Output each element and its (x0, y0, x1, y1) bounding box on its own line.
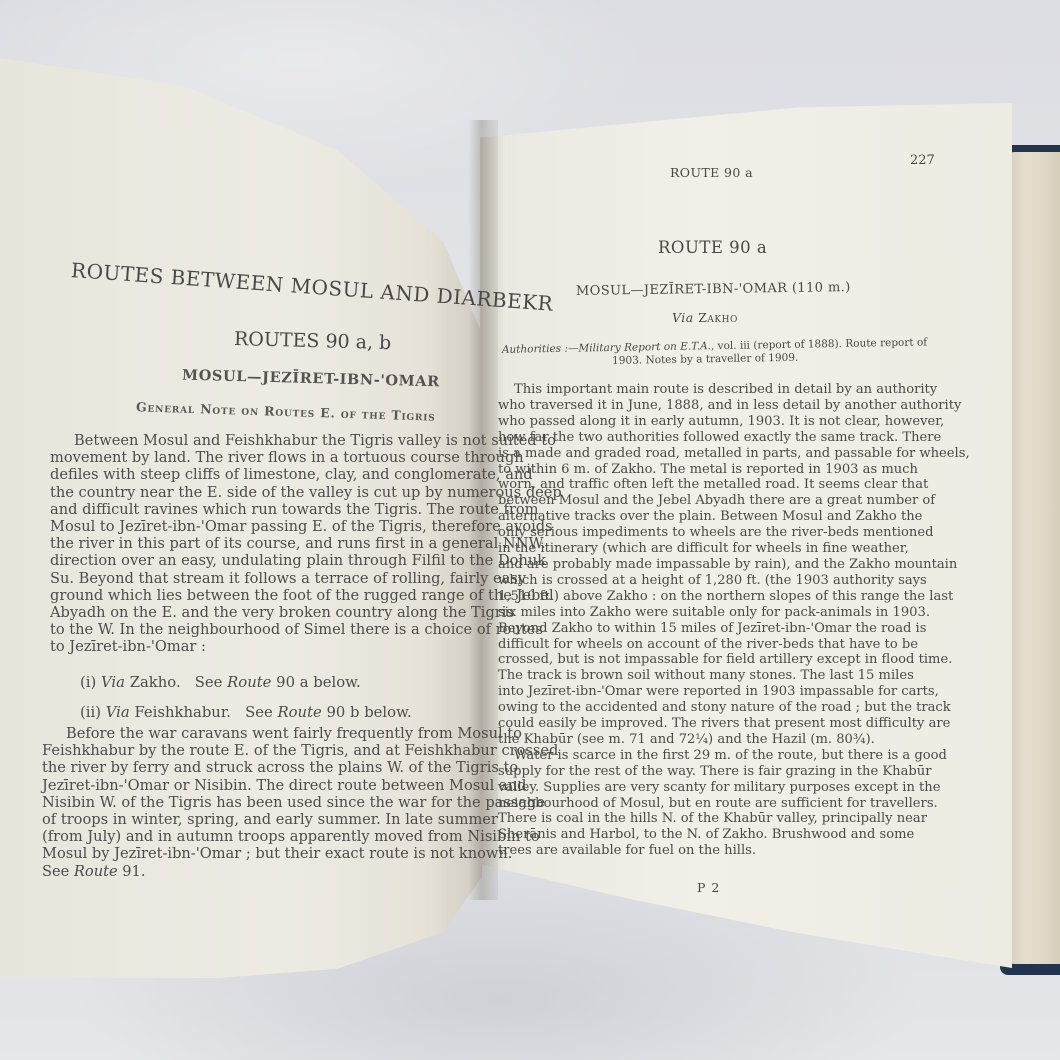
text-line: to the W. In the neighbourhood of Simel … (50, 621, 520, 638)
text-line: Feishkhabur by the route E. of the Tigri… (42, 742, 522, 759)
text-line: crossed, but is not impassable for field… (498, 652, 943, 668)
text-line: owing to the accidented and stony nature… (498, 700, 943, 716)
text-line: could easily be improved. The rivers tha… (498, 716, 943, 732)
text-line: and are probably made impassable by rain… (498, 557, 943, 573)
text-line: which is crossed at a height of 1,280 ft… (498, 573, 943, 589)
text-line: neighbourhood of Mosul, but en route are… (498, 796, 943, 812)
route-options-list: (i) Via Zakho. See Route 90 a below. (ii… (80, 668, 412, 728)
text-line: alternative tracks over the plain. Betwe… (498, 509, 943, 525)
text-line: valley. Supplies are very scanty for mil… (498, 780, 943, 796)
left-paragraph-1: Between Mosul and Feishkhabur the Tigris… (50, 432, 520, 656)
text-line: ground which lies between the foot of th… (50, 587, 520, 604)
text-line: trees are available for fuel on the hill… (498, 843, 943, 859)
text-line: to within 6 m. of Zakho. The metal is re… (498, 462, 943, 478)
text-line: Beyond Zakho to within 15 miles of Jezīr… (498, 621, 943, 637)
text-line: how far the two authorities followed exa… (498, 430, 943, 446)
text-line: worn, and traffic often left the metalle… (498, 477, 943, 493)
route-option-ii: (ii) Via Feishkhabur. See Route 90 b bel… (80, 698, 412, 728)
text-line: into Jezīret-ibn-'Omar were reported in … (498, 684, 943, 700)
text-line: to Jezīret-ibn-'Omar : (50, 638, 520, 655)
text-line: only serious impediments to wheels are t… (498, 525, 943, 541)
text-line: Sherānis and Harbol, to the N. of Zakho.… (498, 827, 943, 843)
text-line: who passed along it in early autumn, 190… (498, 414, 943, 430)
text-line: The track is brown soil without many sto… (498, 668, 943, 684)
page-block-edge (1008, 152, 1060, 964)
text-line: There is coal in the hills N. of the Kha… (498, 811, 943, 827)
text-line: supply for the rest of the way. There is… (498, 764, 943, 780)
text-line: defiles with steep cliffs of limestone, … (50, 466, 520, 483)
text-line: Jezīret-ibn-'Omar or Nisibin. The direct… (42, 777, 522, 794)
text-line: the river by ferry and struck across the… (42, 759, 522, 776)
text-line: the river in this part of its course, an… (50, 535, 520, 552)
signature-mark: P 2 (697, 880, 720, 895)
text-line: 1,510 ft.) above Zakho : on the northern… (498, 589, 943, 605)
text-line: (from July) and in autumn troops apparen… (42, 828, 522, 845)
text-line: of troops in winter, spring, and early s… (42, 811, 522, 828)
text-line: Mosul by Jezīret-ibn-'Omar ; but their e… (42, 845, 522, 862)
see-route-91: See Route 91. (42, 863, 522, 880)
via-line: Via Zakho (672, 310, 738, 325)
route-option-i: (i) Via Zakho. See Route 90 a below. (80, 668, 412, 698)
text-line: is a made and graded road, metalled in p… (498, 446, 943, 462)
text-line: Mosul to Jezīret-ibn-'Omar passing E. of… (50, 518, 520, 535)
text-line: movement by land. The river flows in a t… (50, 449, 520, 466)
text-line: Water is scarce in the first 29 m. of th… (498, 748, 943, 764)
text-line: Before the war caravans went fairly freq… (42, 725, 522, 742)
text-line: in the itinerary (which are difficult fo… (498, 541, 943, 557)
routes-heading: ROUTES 90 a, b (234, 328, 392, 354)
right-body-text: This important main route is described i… (498, 382, 943, 859)
running-header: ROUTE 90 a (670, 165, 753, 180)
text-line: Su. Beyond that stream it follows a terr… (50, 570, 520, 587)
text-line: Abyadh on the E. and the very broken cou… (50, 604, 520, 621)
text-line: six miles into Zakho were suitable only … (498, 605, 943, 621)
text-line: and difficult ravines which run towards … (50, 501, 520, 518)
text-line: between Mosul and the Jebel Abyadh there… (498, 493, 943, 509)
text-line: Nisibin W. of the Tigris has been used s… (42, 794, 522, 811)
text-line: the Khabūr (see m. 71 and 72¼) and the H… (498, 732, 943, 748)
text-line: the country near the E. side of the vall… (50, 484, 520, 501)
text-line: difficult for wheels on account of the r… (498, 637, 943, 653)
text-line: This important main route is described i… (498, 382, 943, 398)
route-heading: ROUTE 90 a (658, 238, 767, 257)
text-line: who traversed it in June, 1888, and in l… (498, 398, 943, 414)
text-line: direction over an easy, undulating plain… (50, 552, 520, 569)
page-number: 227 (910, 153, 935, 168)
text-line: Between Mosul and Feishkhabur the Tigris… (50, 432, 520, 449)
left-paragraph-2: Before the war caravans went fairly freq… (42, 725, 522, 880)
